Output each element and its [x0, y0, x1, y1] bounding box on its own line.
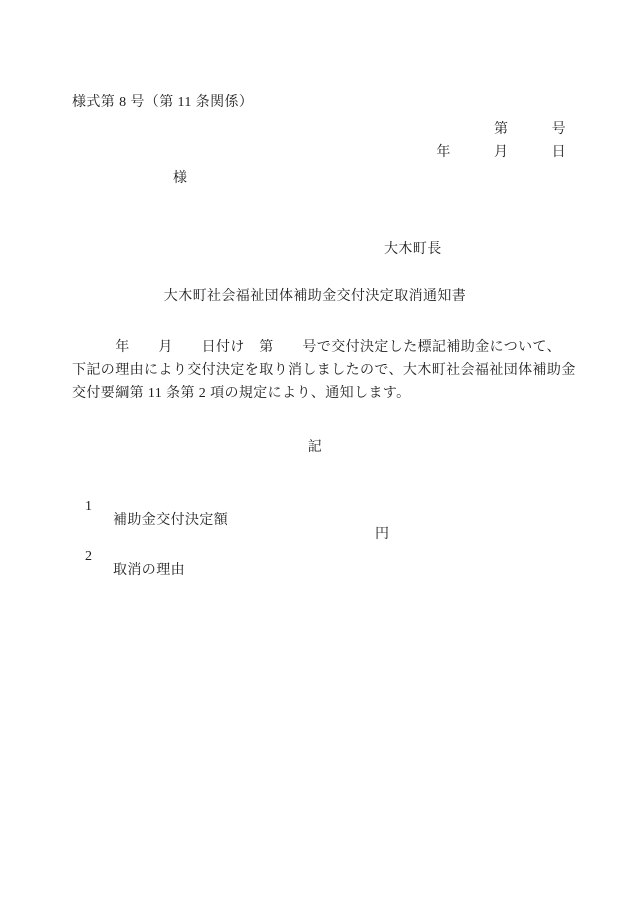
document-page: 様式第 8 号（第 11 条関係） 第 号 年 月 日 様 大木町長 大木町社会…	[0, 0, 630, 903]
item-row-1: 1 補助金交付決定額 円	[0, 486, 630, 506]
item-1-number: 1	[85, 500, 92, 514]
item-2-label: 取消の理由	[113, 564, 185, 578]
document-number-line: 第 号	[494, 123, 566, 137]
body-paragraph-line-3: 交付要綱第 11 条第 2 項の規定により、通知します。	[72, 387, 411, 401]
date-line: 年 月 日	[436, 146, 566, 160]
body-paragraph-line-1: 年 月 日付け 第 号で交付決定した標記補助金について、	[72, 341, 561, 355]
item-1-label: 補助金交付決定額	[113, 514, 228, 528]
item-row-2: 2 取消の理由	[0, 536, 630, 556]
item-2-number: 2	[85, 550, 92, 564]
form-number-line: 様式第 8 号（第 11 条関係）	[72, 96, 253, 110]
record-marker: 記	[0, 441, 630, 455]
sender-name: 大木町長	[384, 243, 442, 257]
document-title: 大木町社会福祉団体補助金交付決定取消通知書	[0, 290, 630, 304]
addressee-honorific: 様	[173, 172, 187, 186]
body-paragraph-line-2: 下記の理由により交付決定を取り消しましたので、大木町社会福祉団体補助金	[72, 364, 576, 378]
